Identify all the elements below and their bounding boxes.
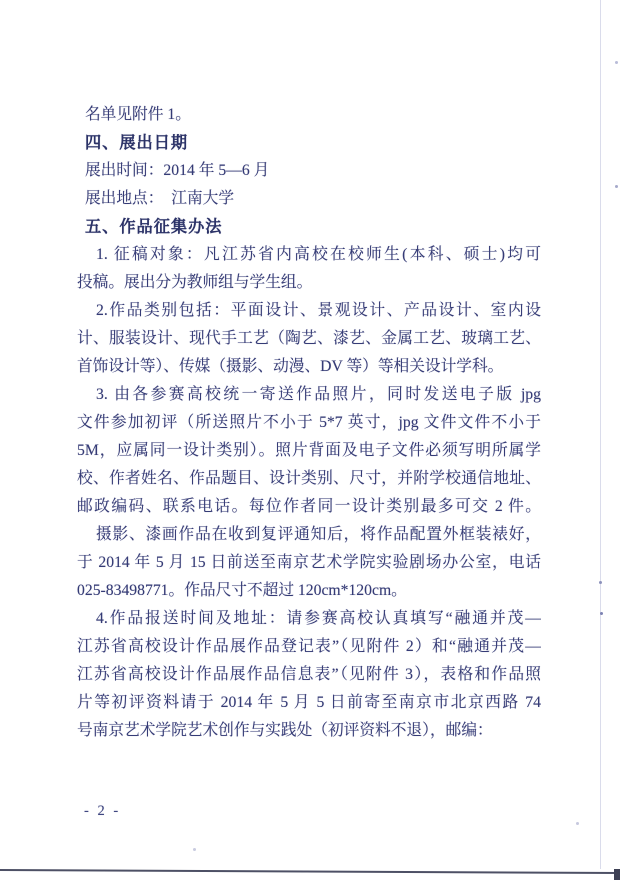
exhibit-time-line: 展出时间：2014 年 5—6 月 xyxy=(77,157,541,185)
text-line: 025-83498771。作品尺寸不超过 120cm*120cm。 xyxy=(77,577,541,605)
exhibit-place-line: 展出地点： 江南大学 xyxy=(77,185,541,213)
text-line: 计、服装设计、现代手工艺（陶艺、漆艺、金属工艺、玻璃工艺、 xyxy=(77,325,541,353)
text-line: 投稿。展出分为教师组与学生组。 xyxy=(77,269,541,297)
text-line: 校、作者姓名、作品题目、设计类别、尺寸，并附学校通信地址、 xyxy=(77,465,541,493)
text-line: 3. 由各参赛高校统一寄送作品照片，同时发送电子版 jpg xyxy=(77,381,541,409)
scan-speck xyxy=(615,185,618,188)
text-line: 文件参加初评（所送照片不小于 5*7 英寸，jpg 文件文件不小于 xyxy=(77,409,541,437)
text-line: 1. 征稿对象：凡江苏省内高校在校师生(本科、硕士)均可 xyxy=(77,241,541,269)
section-heading-5: 五、作品征集办法 xyxy=(77,213,541,241)
text-line: 于 2014 年 5 月 15 日前送至南京艺术学院实验剧场办公室，电话 xyxy=(77,549,541,577)
scan-speck xyxy=(600,612,603,615)
text-line: 江苏省高校设计作品展作品信息表”（见附件 3），表格和作品照 xyxy=(77,661,541,689)
scan-speck xyxy=(599,581,602,584)
text-line: 邮政编码、联系电话。每位作者同一设计类别最多可交 2 件。 xyxy=(77,493,541,521)
text-line: 摄影、漆画作品在收到复评通知后，将作品配置外框装裱好， xyxy=(77,521,541,549)
text-block: 名单见附件 1。四、展出日期展出时间：2014 年 5—6 月展出地点： 江南大… xyxy=(77,101,541,745)
text-line: 首饰设计等）、传媒（摄影、动漫、DV 等）等相关设计学科。 xyxy=(77,353,541,381)
text-line: 名单见附件 1。 xyxy=(77,101,541,129)
document-page: 名单见附件 1。四、展出日期展出时间：2014 年 5—6 月展出地点： 江南大… xyxy=(0,0,620,880)
text-line: 江苏省高校设计作品展作品登记表”（见附件 2）和“融通并茂— xyxy=(77,633,541,661)
text-line: 2.作品类别包括：平面设计、景观设计、产品设计、室内设 xyxy=(77,297,541,325)
scan-corner-mark xyxy=(614,869,620,880)
scan-speck xyxy=(615,61,618,64)
scan-bottom-edge-line xyxy=(0,869,620,874)
text-line: 号南京艺术学院艺术创作与实践处（初评资料不退），邮编： xyxy=(77,717,541,745)
text-line: 片等初评资料请于 2014 年 5 月 5 日前寄至南京市北京西路 74 xyxy=(77,689,541,717)
page-number: - 2 - xyxy=(84,803,121,820)
text-line: 4.作品报送时间及地址：请参赛高校认真填写“融通并茂— xyxy=(77,605,541,633)
scan-right-edge-line xyxy=(600,0,601,869)
scan-speck xyxy=(576,822,579,825)
section-heading-4: 四、展出日期 xyxy=(77,129,541,157)
scan-speck xyxy=(193,848,196,851)
text-line: 5M，应属同一设计类别）。照片背面及电子文件必须写明所属学 xyxy=(77,437,541,465)
